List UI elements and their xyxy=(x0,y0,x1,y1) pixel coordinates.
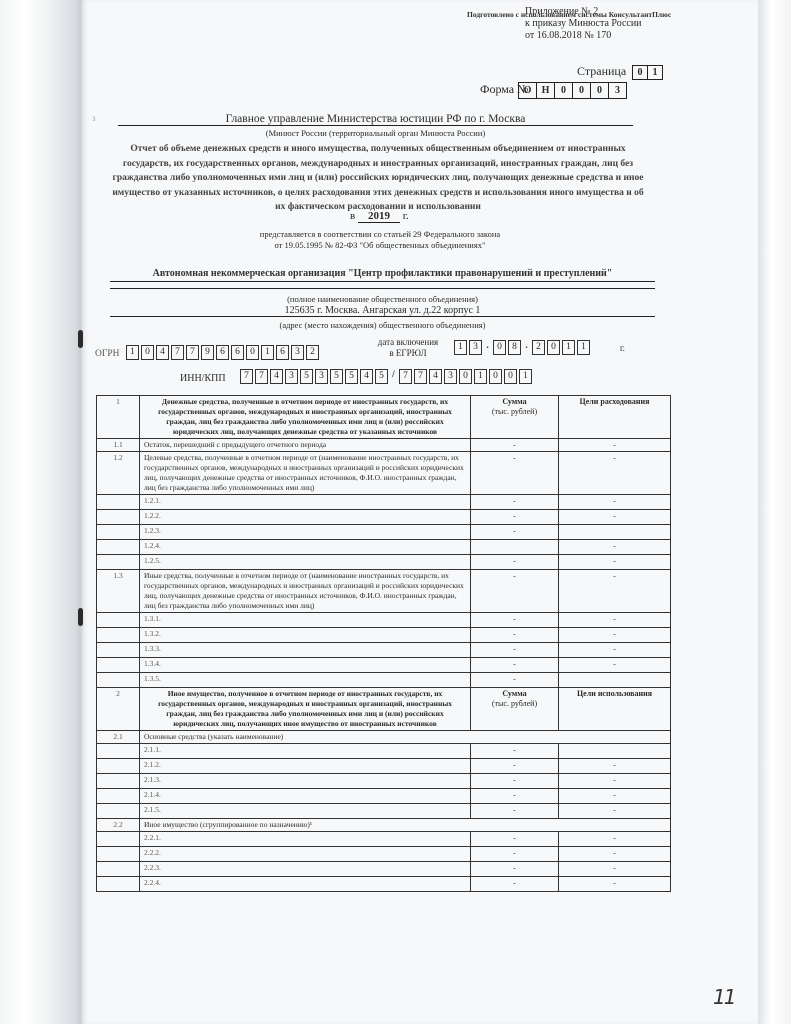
law-reference: представляется в соответствии со статьей… xyxy=(200,229,560,251)
sum-value: - xyxy=(471,525,559,540)
sum-unit: (тыс. рублей) xyxy=(475,407,554,417)
sub-item-label: 1.3.1. xyxy=(140,613,471,628)
sum-value: - xyxy=(471,495,559,510)
sub-item-label: 1.3.4. xyxy=(140,658,471,673)
appendix-order: к приказу Минюста России xyxy=(525,18,642,30)
row-2-1-sub: 2.1.1.- xyxy=(97,744,671,759)
egrul-label-line-2: в ЕГРЮЛ xyxy=(368,348,448,359)
ogrn-digit: 4 xyxy=(156,345,169,360)
row-number: 1 xyxy=(97,396,140,439)
row-text: Остаток, перешедший с предыдущего отчетн… xyxy=(140,439,471,452)
row-2-2-sub: 2.2.4.-- xyxy=(97,877,671,892)
sum-value: - xyxy=(471,643,559,658)
row-number xyxy=(97,658,140,673)
date-digit: 8 xyxy=(508,340,521,355)
date-digit: 1 xyxy=(577,340,590,355)
section-text: Иное имущество, полученное в отчетном пе… xyxy=(140,688,471,731)
goal-value: - xyxy=(559,658,671,673)
kpp-digit: 7 xyxy=(399,369,412,384)
sum-column-header: Сумма(тыс. рублей) xyxy=(471,688,559,731)
sum-value: - xyxy=(471,789,559,804)
row-number xyxy=(97,862,140,877)
sum-value: - xyxy=(471,744,559,759)
ogrn-label: ОГРН xyxy=(95,349,120,359)
goal-column-header: Цели использования xyxy=(559,688,671,731)
goal-value: - xyxy=(559,789,671,804)
inn-digit: 7 xyxy=(240,369,253,384)
row-1-3-sub: 1.3.3.-- xyxy=(97,643,671,658)
row-text: Целевые средства, полученные в отчетном … xyxy=(140,452,471,495)
sub-item-label: 1.2.3. xyxy=(140,525,471,540)
sum-unit: (тыс. рублей) xyxy=(475,699,554,709)
sum-value: - xyxy=(471,570,559,613)
form-code-char: Н xyxy=(537,83,555,98)
sum-column-header: Сумма(тыс. рублей) xyxy=(471,396,559,439)
row-1-2-sub: 1.2.2.-- xyxy=(97,510,671,525)
goal-value: - xyxy=(559,540,671,555)
inn-digit: 4 xyxy=(360,369,373,384)
sum-value: - xyxy=(471,847,559,862)
goal-value: - xyxy=(559,862,671,877)
row-number: 1.2 xyxy=(97,452,140,495)
goal-value: - xyxy=(559,832,671,847)
row-1-2-sub: 1.2.4.- xyxy=(97,540,671,555)
sum-value: - xyxy=(471,452,559,495)
row-1-2-sub: 1.2.3.- xyxy=(97,525,671,540)
goal-value: - xyxy=(559,759,671,774)
sum-value: - xyxy=(471,555,559,570)
inn-digit: 5 xyxy=(375,369,388,384)
sub-item-label: 2.2.1. xyxy=(140,832,471,847)
law-line-1: представляется в соответствии со статьей… xyxy=(200,229,560,240)
inn-digit: 4 xyxy=(270,369,283,384)
report-table: 1Денежные средства, полученные в отчетно… xyxy=(96,395,671,892)
goal-value: - xyxy=(559,643,671,658)
row-number xyxy=(97,643,140,658)
row-number xyxy=(97,673,140,688)
goal-value: - xyxy=(559,804,671,819)
sum-header: Сумма xyxy=(475,689,554,699)
row-2-2-sub: 2.2.2.-- xyxy=(97,847,671,862)
row-number xyxy=(97,804,140,819)
sum-value: - xyxy=(471,613,559,628)
ogrn-digit: 6 xyxy=(276,345,289,360)
goal-value xyxy=(559,744,671,759)
kpp-digit: 7 xyxy=(414,369,427,384)
binder-hole xyxy=(78,330,83,348)
handwritten-page-number: 11 xyxy=(713,985,734,1009)
row-text: Иные средства, полученные в отчетном пер… xyxy=(140,570,471,613)
ogrn-digit: 6 xyxy=(216,345,229,360)
row-number xyxy=(97,510,140,525)
appendix-date: от 16.08.2018 № 170 xyxy=(525,30,642,42)
sub-item-label: 2.1.1. xyxy=(140,744,471,759)
sum-value: - xyxy=(471,510,559,525)
row-2-1: 2.1Основные средства (указать наименован… xyxy=(97,731,671,744)
date-digit: 0 xyxy=(493,340,506,355)
row-1-1: 1.1Остаток, перешедший с предыдущего отч… xyxy=(97,439,671,452)
sub-item-label: 2.1.5. xyxy=(140,804,471,819)
form-code-char: 0 xyxy=(573,83,591,98)
sum-value: - xyxy=(471,759,559,774)
goal-value: - xyxy=(559,510,671,525)
report-year-line: в 2019 г. xyxy=(350,210,409,223)
inn-digit: 3 xyxy=(285,369,298,384)
row-1-3: 1.3Иные средства, полученные в отчетном … xyxy=(97,570,671,613)
row-number xyxy=(97,555,140,570)
form-code-char: 0 xyxy=(591,83,609,98)
goal-value xyxy=(559,525,671,540)
ogrn-digit: 0 xyxy=(246,345,259,360)
ogrn-digit: 7 xyxy=(186,345,199,360)
inn-digit: 5 xyxy=(330,369,343,384)
sub-item-label: 2.1.2. xyxy=(140,759,471,774)
kpp-digit: 0 xyxy=(489,369,502,384)
scan-background-left xyxy=(0,0,80,1024)
row-2-1-sub: 2.1.2.-- xyxy=(97,759,671,774)
ogrn-boxes: 1047796601632 xyxy=(126,345,319,360)
organization-name-line xyxy=(110,288,655,289)
inn-kpp-separator: / xyxy=(390,369,397,382)
sub-item-label: 1.2.2. xyxy=(140,510,471,525)
row-number xyxy=(97,613,140,628)
goal-value: - xyxy=(559,452,671,495)
egrul-date-label: дата включения в ЕГРЮЛ xyxy=(368,337,448,359)
kpp-digit: 0 xyxy=(504,369,517,384)
egrul-label-line-1: дата включения xyxy=(368,337,448,348)
row-2-2-sub: 2.2.1.-- xyxy=(97,832,671,847)
row-1-2-sub: 1.2.5.-- xyxy=(97,555,671,570)
sub-item-label: 1.3.3. xyxy=(140,643,471,658)
sub-item-label: 1.3.2. xyxy=(140,628,471,643)
sub-item-label: 1.3.5. xyxy=(140,673,471,688)
row-1-3-sub: 1.3.4.-- xyxy=(97,658,671,673)
binder-hole xyxy=(78,608,83,626)
goal-value xyxy=(559,673,671,688)
inn-digit: 7 xyxy=(255,369,268,384)
section-2-header: 2Иное имущество, полученное в отчетном п… xyxy=(97,688,671,731)
row-number xyxy=(97,540,140,555)
row-number xyxy=(97,774,140,789)
inn-digit: 5 xyxy=(345,369,358,384)
form-code-char: 3 xyxy=(609,83,626,98)
kpp-digit: 1 xyxy=(519,369,532,384)
goal-value: - xyxy=(559,439,671,452)
inn-kpp-boxes: 7743535545/774301001 xyxy=(240,369,532,384)
row-number xyxy=(97,877,140,892)
goal-value: - xyxy=(559,495,671,510)
row-1-2-sub: 1.2.1.-- xyxy=(97,495,671,510)
form-code-char: 0 xyxy=(555,83,573,98)
row-number xyxy=(97,832,140,847)
ogrn-digit: 3 xyxy=(291,345,304,360)
report-year: 2019 xyxy=(358,210,400,223)
sum-value: - xyxy=(471,804,559,819)
page-number-cells: 0 1 xyxy=(632,65,663,80)
date-digit: 1 xyxy=(454,340,467,355)
row-number xyxy=(97,525,140,540)
sum-header: Сумма xyxy=(475,397,554,407)
row-number xyxy=(97,759,140,774)
date-digit: 2 xyxy=(532,340,545,355)
row-1-3-sub: 1.3.5.- xyxy=(97,673,671,688)
row-number xyxy=(97,789,140,804)
row-2-2: 2.2Иное имущество (сгруппированное по на… xyxy=(97,819,671,832)
ogrn-digit: 2 xyxy=(306,345,319,360)
sub-item-label: 1.2.1. xyxy=(140,495,471,510)
sum-value: - xyxy=(471,832,559,847)
section-text: Денежные средства, полученные в отчетном… xyxy=(140,396,471,439)
date-separator: . xyxy=(523,340,530,353)
kpp-digit: 3 xyxy=(444,369,457,384)
page-label: Страница xyxy=(577,64,626,79)
form-code-cells: О Н 0 0 0 3 xyxy=(518,82,627,99)
row-text: Основные средства (указать наименование) xyxy=(140,731,671,744)
ogrn-digit: 6 xyxy=(231,345,244,360)
organization-address: 125635 г. Москва. Ангарская ул. д.22 кор… xyxy=(110,305,655,317)
row-2-1-sub: 2.1.4.-- xyxy=(97,789,671,804)
prepared-note: Подготовлено с использованием системы Ко… xyxy=(467,10,671,19)
row-number: 2 xyxy=(97,688,140,731)
row-2-2-sub: 2.2.3.-- xyxy=(97,862,671,877)
scan-background-right xyxy=(758,0,791,1024)
form-code-char: О xyxy=(519,83,537,98)
row-2-1-sub: 2.1.5.-- xyxy=(97,804,671,819)
sum-value: - xyxy=(471,877,559,892)
page-digit: 1 xyxy=(648,66,662,79)
goal-value: - xyxy=(559,847,671,862)
margin-mark: з xyxy=(92,113,96,123)
section-1-header: 1Денежные средства, полученные в отчетно… xyxy=(97,396,671,439)
sub-item-label: 2.2.4. xyxy=(140,877,471,892)
report-title: Отчет об объеме денежных средств и иного… xyxy=(108,142,648,215)
ogrn-digit: 9 xyxy=(201,345,214,360)
sub-item-label: 2.1.3. xyxy=(140,774,471,789)
goal-value: - xyxy=(559,877,671,892)
ogrn-digit: 7 xyxy=(171,345,184,360)
sub-item-label: 1.2.4. xyxy=(140,540,471,555)
goal-value: - xyxy=(559,570,671,613)
organization-name-caption: (полное наименование общественного объед… xyxy=(110,294,655,304)
inn-digit: 3 xyxy=(315,369,328,384)
sum-value: - xyxy=(471,673,559,688)
inn-kpp-label: ИНН/КПП xyxy=(180,373,226,384)
goal-value: - xyxy=(559,774,671,789)
row-text: Иное имущество (сгруппированное по назна… xyxy=(140,819,671,832)
sum-value xyxy=(471,540,559,555)
row-number xyxy=(97,744,140,759)
law-line-2: от 19.05.1995 № 82-ФЗ "Об общественных о… xyxy=(200,240,560,251)
goal-value: - xyxy=(559,628,671,643)
goal-column-header: Цели расходования xyxy=(559,396,671,439)
ogrn-digit: 1 xyxy=(261,345,274,360)
sum-value: - xyxy=(471,658,559,673)
year-suffix: г. xyxy=(403,210,409,222)
kpp-digit: 0 xyxy=(459,369,472,384)
kpp-digit: 4 xyxy=(429,369,442,384)
row-number: 2.1 xyxy=(97,731,140,744)
sub-item-label: 1.2.5. xyxy=(140,555,471,570)
organization-name: Автономная некоммерческая организация "Ц… xyxy=(110,268,655,282)
row-number: 2.2 xyxy=(97,819,140,832)
sum-value: - xyxy=(471,862,559,877)
ogrn-digit: 1 xyxy=(126,345,139,360)
sum-value: - xyxy=(471,439,559,452)
kpp-digit: 1 xyxy=(474,369,487,384)
date-digit: 3 xyxy=(469,340,482,355)
row-number: 1.1 xyxy=(97,439,140,452)
row-2-1-sub: 2.1.3.-- xyxy=(97,774,671,789)
year-prefix: в xyxy=(350,210,355,222)
authority-caption: (Минюст России (территориальный орган Ми… xyxy=(118,128,633,138)
sub-item-label: 2.2.3. xyxy=(140,862,471,877)
sub-item-label: 2.2.2. xyxy=(140,847,471,862)
organization-address-caption: (адрес (место нахождения) общественного … xyxy=(110,320,655,330)
egrul-date-boxes: 13.08.2011 xyxy=(454,340,590,355)
date-digit: 1 xyxy=(562,340,575,355)
row-1-3-sub: 1.3.1.-- xyxy=(97,613,671,628)
date-digit: 0 xyxy=(547,340,560,355)
sub-item-label: 2.1.4. xyxy=(140,789,471,804)
sum-value: - xyxy=(471,774,559,789)
goal-value: - xyxy=(559,613,671,628)
row-number: 1.3 xyxy=(97,570,140,613)
row-number xyxy=(97,847,140,862)
sum-value: - xyxy=(471,628,559,643)
inn-digit: 5 xyxy=(300,369,313,384)
ogrn-digit: 0 xyxy=(141,345,154,360)
authority-name: Главное управление Министерства юстиции … xyxy=(118,113,633,126)
page-digit: 0 xyxy=(633,66,648,79)
goal-value: - xyxy=(559,555,671,570)
row-1-2: 1.2Целевые средства, полученные в отчетн… xyxy=(97,452,671,495)
row-number xyxy=(97,628,140,643)
date-suffix: г. xyxy=(620,343,625,353)
date-separator: . xyxy=(484,340,491,353)
row-1-3-sub: 1.3.2.-- xyxy=(97,628,671,643)
row-number xyxy=(97,495,140,510)
